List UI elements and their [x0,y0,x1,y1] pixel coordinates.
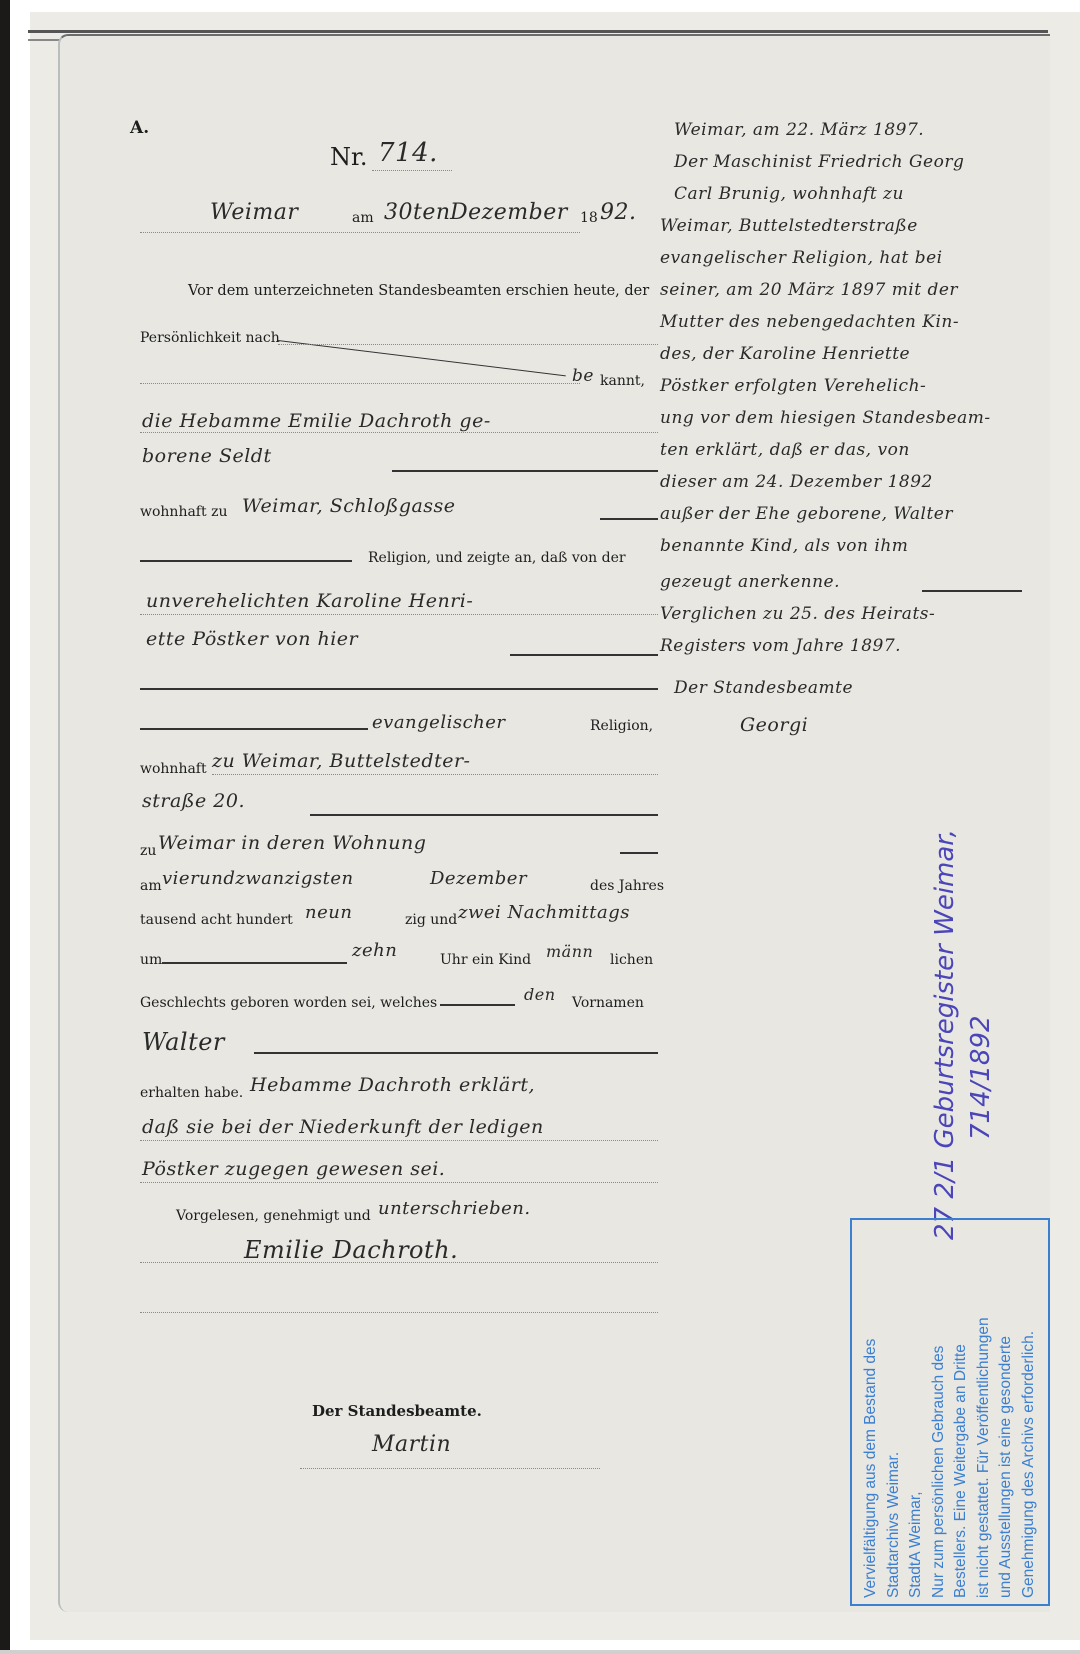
archive-ref-number: 714/1892 [966,1015,996,1140]
mother-line1: unverehelichten Karoline Henri- [146,590,473,612]
given-name-label: Vornamen [572,995,644,1011]
resident-label: wohnhaft zu [140,504,227,520]
zig-label: zig und [405,912,457,928]
time-value: zwei Nachmittags [458,902,630,923]
religion-rule [140,560,352,562]
archive-stamp: Vervielfältigung aus dem Bestand des Sta… [850,1218,1050,1606]
margin-line: Mutter des nebengedachten Kin- [660,312,959,332]
street-rule [310,814,658,816]
margin-line: evangelischer Religion, hat bei [660,248,943,268]
read-value: unterschrieben. [378,1198,531,1219]
date-month: Dezember [450,200,568,225]
resident-value: Weimar, Schloßgasse [242,495,456,517]
informant-signature: Emilie Dachroth. [244,1236,458,1264]
number-value: 714. [378,138,438,168]
stamp-line: Bestellers. Eine Weitergabe an Dritte [950,1226,973,1598]
gender-label: Geschlechts geboren worden sei, welches [140,995,437,1011]
informant-rule-2 [392,470,658,472]
um-label: um [140,952,162,968]
mother-street: straße 20. [142,790,245,812]
date-am-label: am [352,210,374,226]
margin-line: dieser am 24. Dezember 1892 [660,472,933,492]
margin-line: gezeugt anerkenne. [660,572,840,592]
resident-rule [600,518,658,520]
archive-ref-handwritten: 27 2/1 Geburtsregister Weimar, [930,829,960,1240]
given-name-value: Walter [142,1028,225,1056]
margin-line: des, der Karoline Henriette [660,344,910,364]
margin-line: Registers vom Jahre 1897. [660,636,901,656]
number-label: Nr. [330,143,367,171]
remark-line1: Hebamme Dachroth erklärt, [250,1074,535,1096]
margin-line: seiner, am 20 März 1897 mit der [660,280,958,300]
year-prefix: 18 [580,210,598,226]
hour-value: zehn [352,940,397,961]
mother-resident-value: zu Weimar, Buttelstedter- [212,750,470,772]
stamp-line: und Ausstellungen ist eine gesonderte [995,1226,1018,1598]
registrar-label: Der Standesbeamte. [312,1402,482,1420]
form-letter: A. [130,118,149,138]
mother-resident-label: wohnhaft [140,761,207,777]
born-at-value: Weimar in deren Wohnung [158,832,426,854]
margin-line: benannte Kind, als von ihm [660,536,908,556]
number-rule [372,170,452,171]
margin-line: außer der Ehe geborene, Walter [660,504,953,524]
margin-rule [922,590,1022,592]
read-label: Vorgelesen, genehmigt und [176,1208,371,1224]
stamp-line: Stadtarchivs Weimar. [883,1226,906,1598]
stamp-line: Nur zum persönlichen Gebrauch des [928,1226,951,1598]
date-day: 30ten [384,200,451,225]
mother-rule-1 [140,614,658,615]
margin-line: Der Standesbeamte [674,678,853,698]
archive-stamp-text: Vervielfältigung aus dem Bestand des Sta… [856,1220,1052,1604]
margin-line: Weimar, Buttelstedterstraße [660,216,918,236]
born-at-rule [620,852,658,854]
religion-announce: Religion, und zeigte an, daß von der [368,550,626,566]
on-month-value: Dezember [430,868,527,889]
born-at-label: zu [140,843,156,859]
margin-line: Carl Brunig, wohnhaft zu [674,184,904,204]
year-label: des Jahres [590,878,664,894]
received-label: erhalten habe. [140,1085,243,1101]
intro-text: Vor dem unterzeichneten Standesbeamten e… [188,283,649,299]
personality-rule [278,344,658,345]
place-value: Weimar [210,200,298,225]
margin-line: Pöstker erfolgten Verehelich- [660,376,926,396]
year-suffix: 92. [600,200,637,225]
informant-rule-1 [140,432,658,433]
registrar-signature: Martin [372,1432,451,1457]
margin-line: Der Maschinist Friedrich Georg [674,152,964,172]
known-rule [140,383,580,384]
stamp-line: Genehmigung des Archivs erforderlich. [1018,1226,1041,1598]
on-day-value: vierundzwanzigsten [162,868,354,889]
religion-label: Religion, [590,718,653,734]
remark-line3: Pöstker zugegen gewesen sei. [142,1158,445,1180]
mother-religion-value: evangelischer [372,712,506,733]
margin-line: Weimar, am 22. März 1897. [674,120,924,140]
remark-rule-2 [140,1140,658,1141]
margin-line: ten erklärt, daß er das, von [660,440,910,460]
decade-value: neun [305,902,352,923]
margin-line: ung vor dem hiesigen Standesbeam- [660,408,991,428]
margin-line: Verglichen zu 25. des Heirats- [660,604,935,624]
signature-rule-1 [140,1262,658,1263]
stamp-line: ist nicht gestattet. Für Veröffentlichun… [973,1226,996,1598]
um-rule [162,962,347,964]
mother-line2: ette Pöstker von hier [146,628,358,650]
remark-rule-3 [140,1182,658,1183]
mother-resident-rule [212,774,658,775]
thousand-label: tausend acht hundert [140,912,293,928]
informant-line1: die Hebamme Emilie Dachroth ge- [142,410,491,432]
registrar-rule [300,1468,600,1469]
date-rule [140,232,580,233]
on-label: am [140,878,162,894]
den-value: den [524,985,556,1004]
personality-label: Persönlichkeit nach [140,330,280,346]
given-name-rule [254,1052,658,1054]
margin-signature: Georgi [740,714,808,736]
gender-rule [440,1004,515,1006]
scan-bottom-edge [0,1650,1080,1654]
known-prefix: be [572,366,594,386]
scan-edge [0,0,10,1654]
mother-rule-2 [510,654,658,656]
mother-religion-rule [140,728,368,730]
stamp-line: Vervielfältigung aus dem Bestand des [860,1226,883,1598]
informant-line2: borene Seldt [142,445,272,467]
blank-rule [140,688,658,690]
known-label: kannt, [600,373,645,389]
signature-rule-2 [140,1312,658,1313]
sex-value: männ [546,942,593,961]
uhr-label: Uhr ein Kind [440,952,531,968]
remark-line2: daß sie bei der Niederkunft der ledigen [142,1116,544,1138]
sex-suffix: lichen [610,952,653,968]
stamp-line: StadtA Weimar, [905,1226,928,1598]
